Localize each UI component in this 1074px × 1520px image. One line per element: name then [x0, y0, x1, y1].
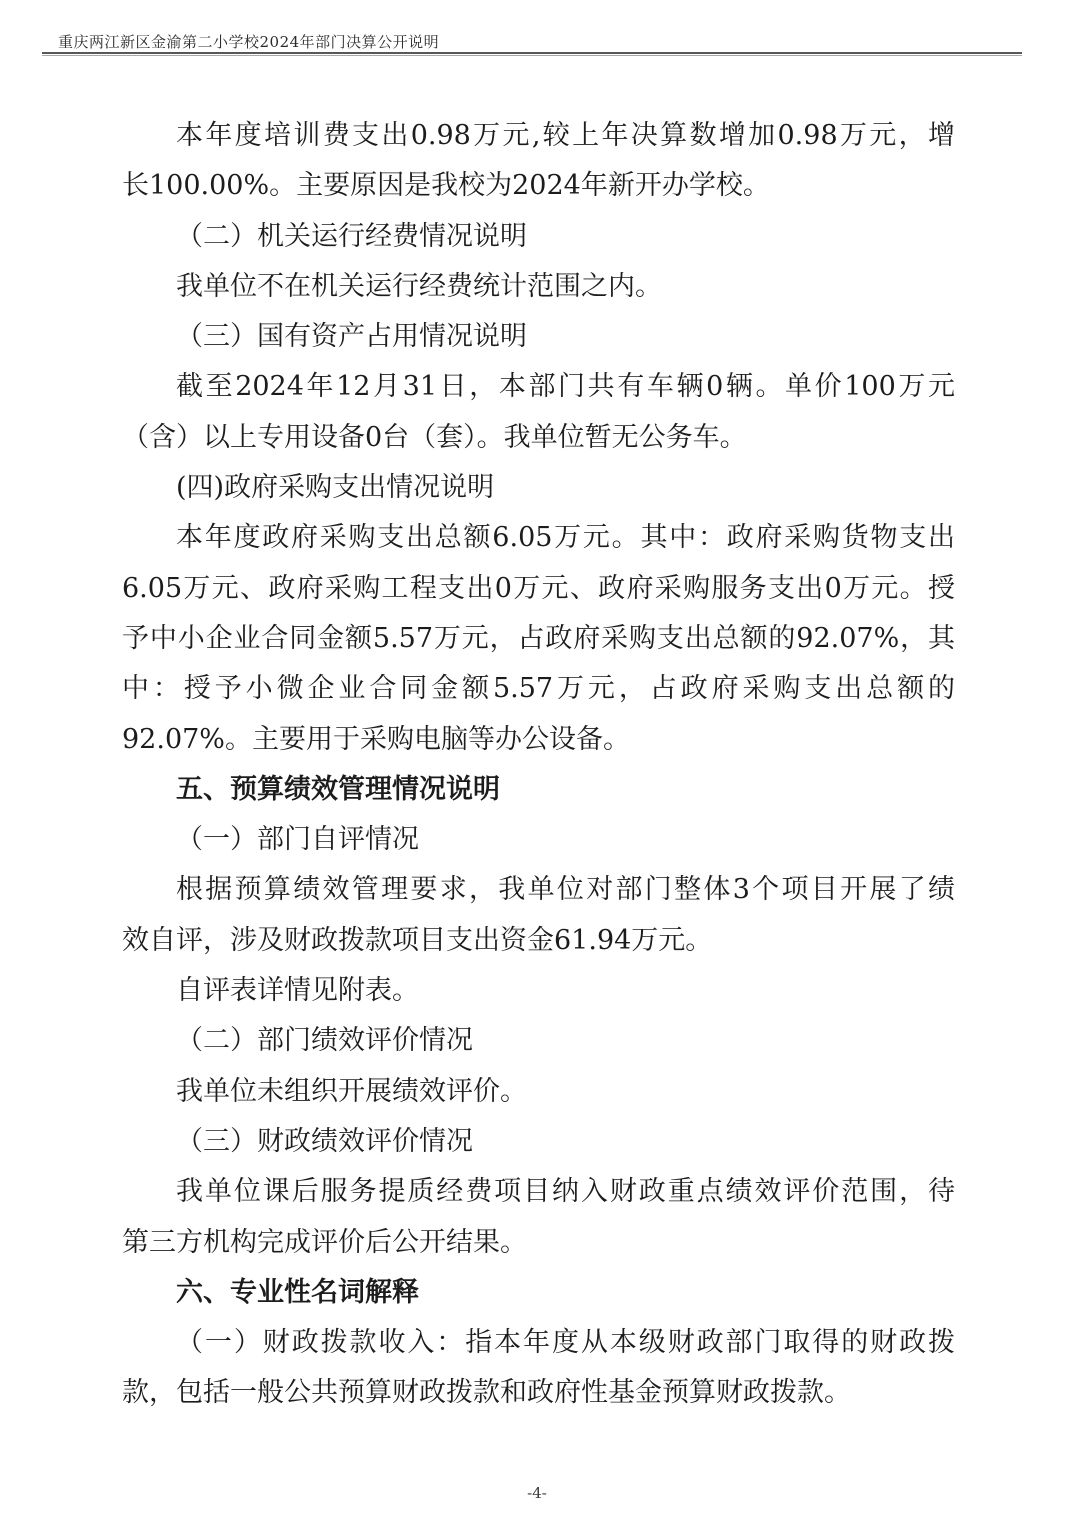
paragraph-line: 我单位课后服务提质经费项目纳入财政重点绩效评价范围，待: [122, 1167, 955, 1217]
paragraph-line: 款，包括一般公共预算财政拨款和政府性基金预算财政拨款。: [122, 1368, 955, 1418]
subsection-heading: （一）部门自评情况: [122, 815, 955, 865]
paragraph-line: 第三方机构完成评价后公开结果。: [122, 1218, 955, 1268]
paragraph-line: 我单位不在机关运行经费统计范围之内。: [122, 262, 955, 312]
paragraph-line: 效自评，涉及财政拨款项目支出资金61.94万元。: [122, 916, 955, 966]
paragraph-line: 自评表详情见附表。: [122, 966, 955, 1016]
subsection-heading: （三）国有资产占用情况说明: [122, 312, 955, 362]
paragraph-line: 92.07%。主要用于采购电脑等办公设备。: [122, 715, 955, 765]
paragraph-line: （一）财政拨款收入：指本年度从本级财政部门取得的财政拨: [122, 1318, 955, 1368]
subsection-heading: (四)政府采购支出情况说明: [122, 463, 955, 513]
document-page: 重庆两江新区金渝第二小学校2024年部门决算公开说明 本年度培训费支出0.98万…: [0, 0, 1074, 1520]
subsection-heading: （二）部门绩效评价情况: [122, 1016, 955, 1066]
header-title: 重庆两江新区金渝第二小学校2024年部门决算公开说明: [58, 31, 439, 52]
paragraph-line: 本年度培训费支出0.98万元,较上年决算数增加0.98万元，增: [122, 111, 955, 161]
header-rule: [42, 52, 1022, 56]
paragraph-line: 予中小企业合同金额5.57万元，占政府采购支出总额的92.07%，其: [122, 614, 955, 664]
header-rule-thin-line: [42, 55, 1022, 56]
subsection-heading: （二）机关运行经费情况说明: [122, 212, 955, 262]
paragraph-line: 6.05万元、政府采购工程支出0万元、政府采购服务支出0万元。授: [122, 564, 955, 614]
paragraph-line: 我单位未组织开展绩效评价。: [122, 1067, 955, 1117]
paragraph-line: 中：授予小微企业合同金额5.57万元，占政府采购支出总额的: [122, 664, 955, 714]
page-number: -4-: [0, 1484, 1074, 1502]
header-rule-thick-line: [42, 52, 1022, 54]
section-heading: 六、专业性名词解释: [122, 1268, 955, 1318]
paragraph-line: 长100.00%。主要原因是我校为2024年新开办学校。: [122, 161, 955, 211]
paragraph-line: 截至2024年12月31日，本部门共有车辆0辆。单价100万元: [122, 362, 955, 412]
section-heading: 五、预算绩效管理情况说明: [122, 765, 955, 815]
paragraph-line: 根据预算绩效管理要求，我单位对部门整体3个项目开展了绩: [122, 865, 955, 915]
document-body: 本年度培训费支出0.98万元,较上年决算数增加0.98万元，增 长100.00%…: [122, 111, 955, 1419]
paragraph-line: （含）以上专用设备0台（套）。我单位暂无公务车。: [122, 413, 955, 463]
subsection-heading: （三）财政绩效评价情况: [122, 1117, 955, 1167]
paragraph-line: 本年度政府采购支出总额6.05万元。其中：政府采购货物支出: [122, 513, 955, 563]
